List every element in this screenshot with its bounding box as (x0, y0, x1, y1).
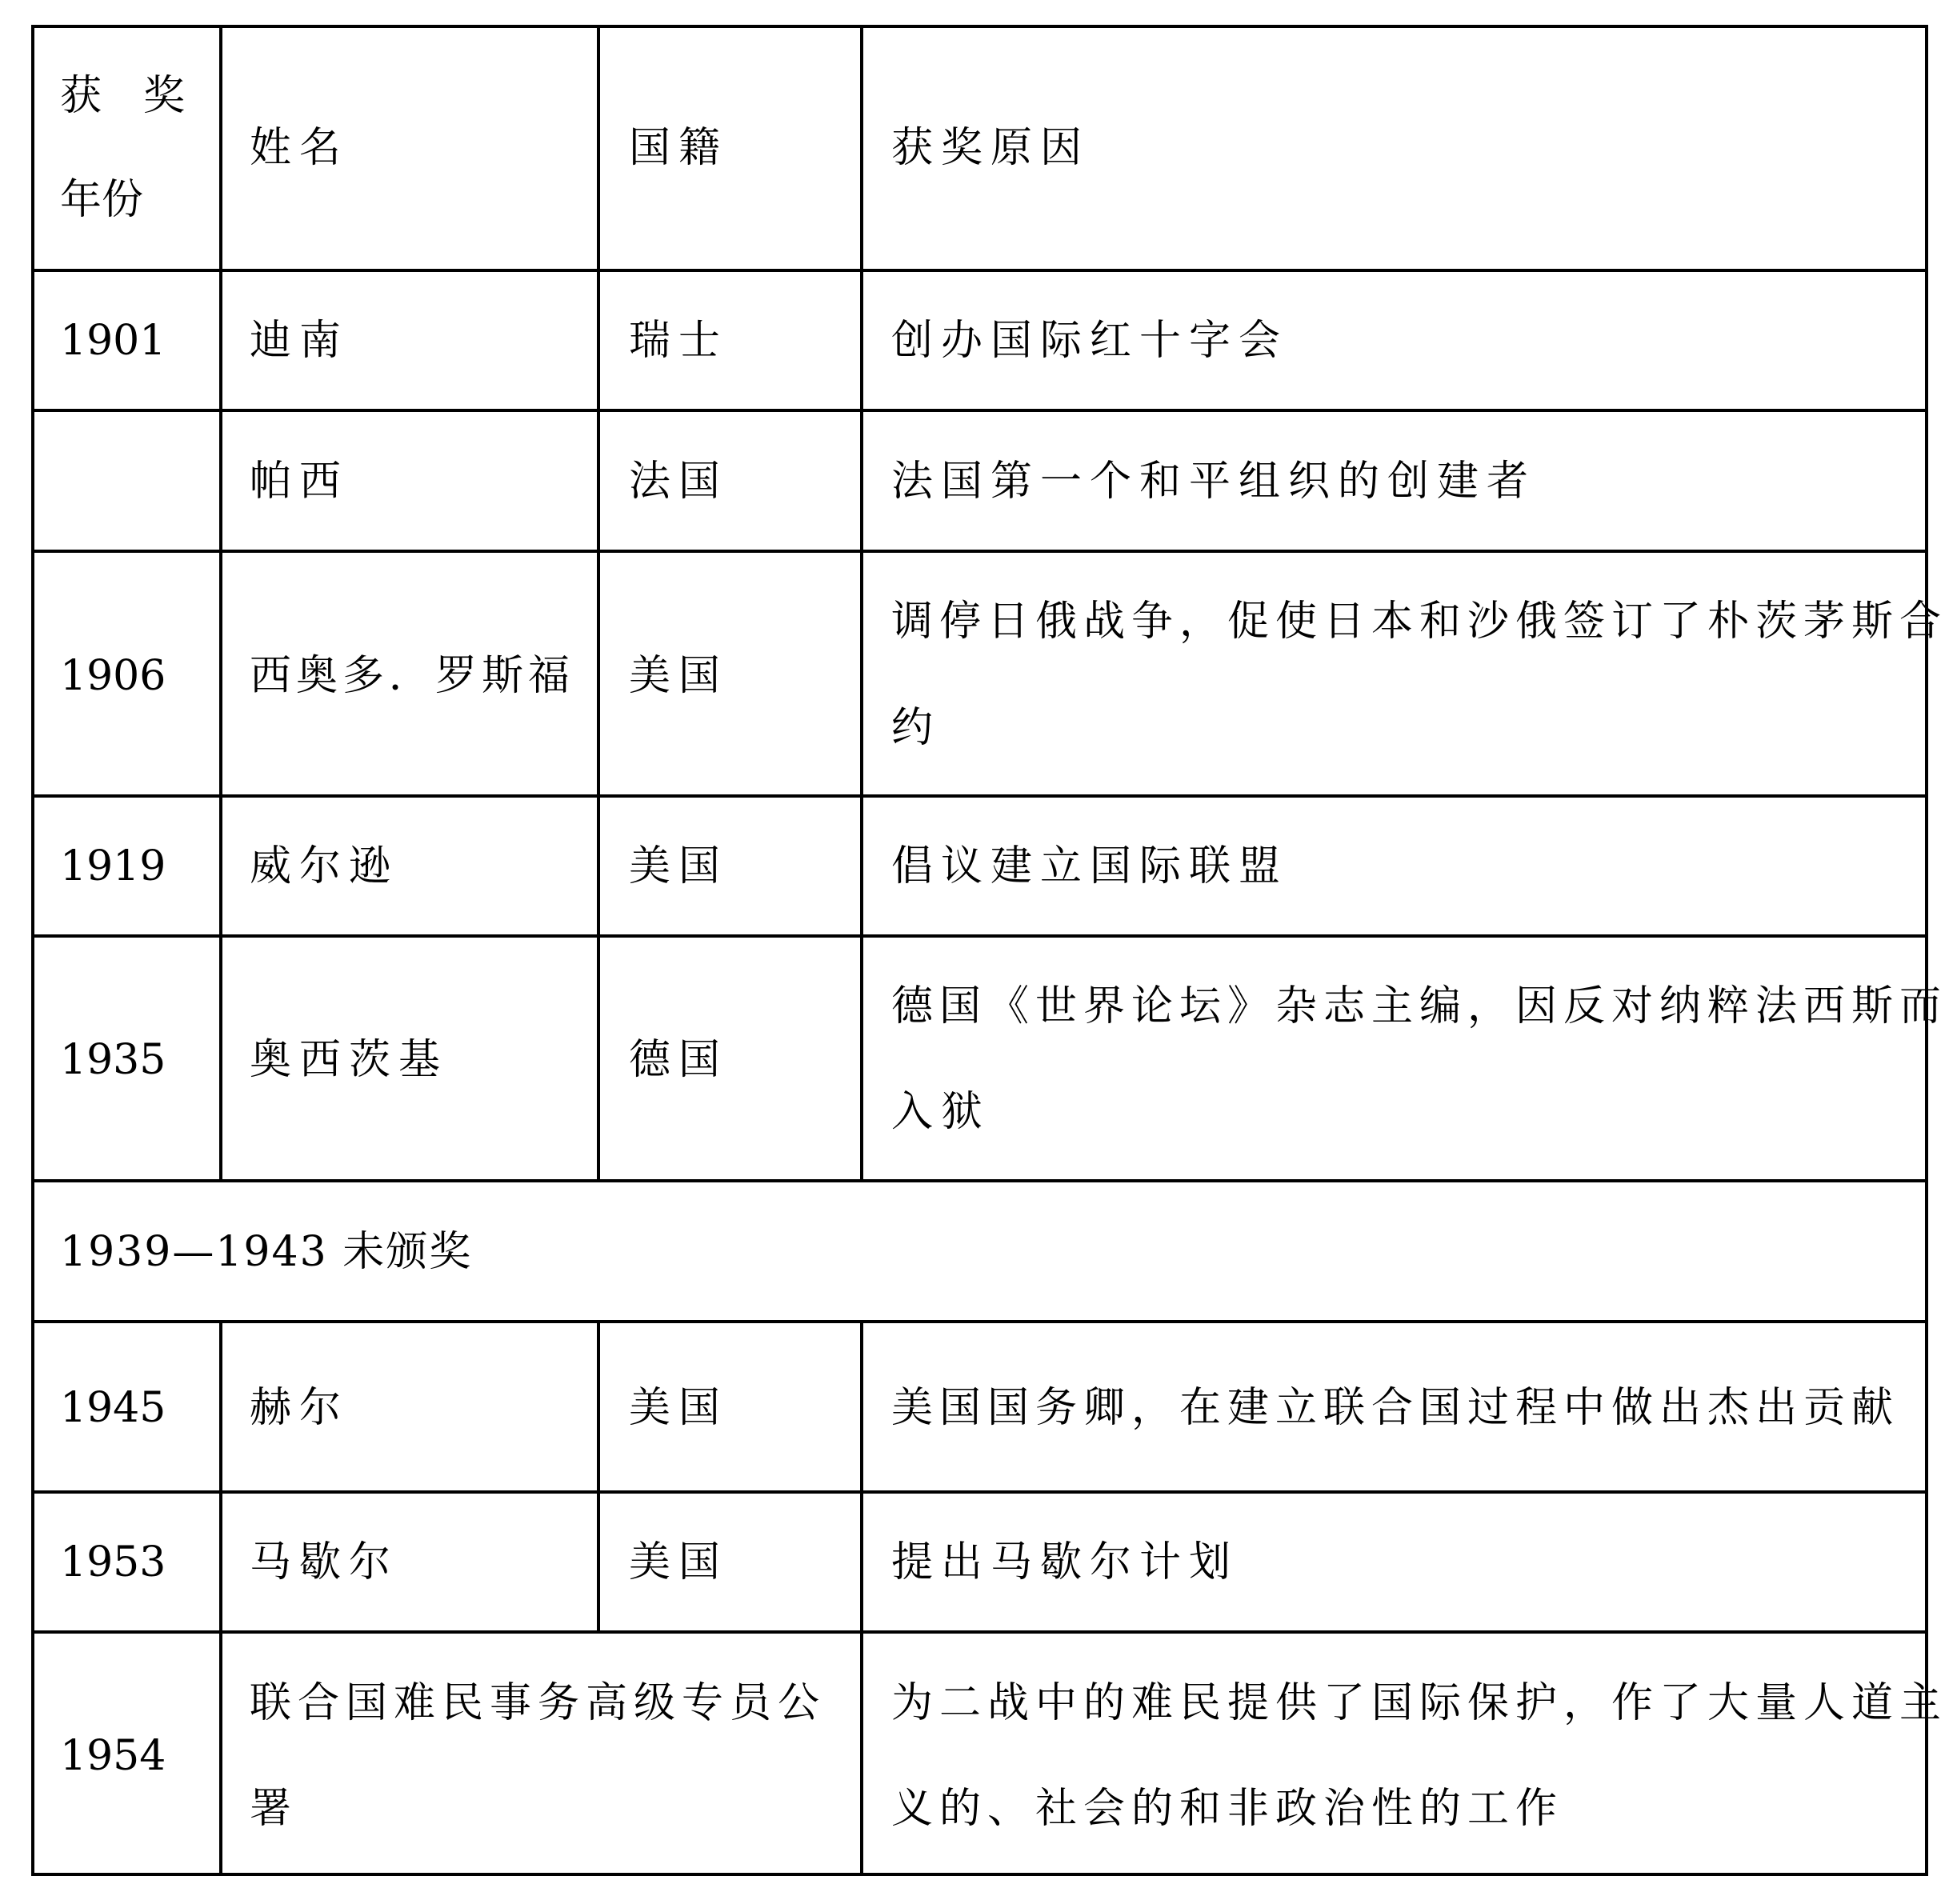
merged-no-award-note: 1939—1943 未颁奖 (60, 1200, 472, 1304)
cell-nationality: 美国 (629, 814, 728, 918)
cell-year: 1953 (60, 1510, 166, 1614)
cell-nationality: 美国 (629, 1356, 728, 1460)
cell-name: 马歇尔 (250, 1510, 398, 1614)
col-divider (219, 25, 222, 1181)
col-divider (219, 1320, 222, 1876)
cell-name-line1: 联合国难民事务高级专员公 (250, 1651, 826, 1755)
header-year-line1: 获 奖 (60, 44, 185, 148)
row-divider (31, 409, 1928, 412)
row-divider (31, 1490, 1928, 1494)
cell-nationality: 美国 (629, 624, 728, 728)
col-divider (597, 25, 600, 1181)
cell-name-line2: 署 (250, 1757, 299, 1861)
row-divider (31, 1320, 1928, 1323)
cell-year: 1954 (60, 1704, 166, 1808)
cell-year: 1901 (60, 289, 166, 393)
header-name: 姓名 (250, 96, 349, 200)
cell-reason-line2: 入狱 (891, 1060, 991, 1164)
header-year-line2: 年份 (60, 148, 143, 252)
cell-reason-line1: 调停日俄战争，促使日本和沙俄签订了朴茨茅斯合 (891, 570, 1947, 674)
cell-name: 迪南 (250, 289, 349, 393)
cell-nationality: 瑞士 (629, 289, 728, 393)
row-divider (31, 269, 1928, 272)
row-divider (31, 1630, 1928, 1634)
row-divider (31, 1179, 1928, 1182)
header-nationality: 国籍 (629, 96, 728, 200)
cell-reason: 美国国务卿，在建立联合国过程中做出杰出贡献 (891, 1356, 1899, 1460)
cell-year: 1945 (60, 1356, 166, 1460)
cell-reason: 提出马歇尔计划 (891, 1510, 1239, 1614)
cell-reason: 法国第一个和平组织的创建者 (891, 430, 1536, 534)
cell-name: 威尔逊 (250, 814, 398, 918)
cell-reason-line1: 为二战中的难民提供了国际保护，作了大量人道主 (891, 1651, 1947, 1755)
cell-nationality: 美国 (629, 1510, 728, 1614)
cell-reason: 倡议建立国际联盟 (891, 814, 1288, 918)
row-divider (31, 550, 1928, 553)
cell-name: 帕西 (250, 430, 349, 534)
row-divider (31, 934, 1928, 938)
cell-name: 西奥多．罗斯福 (250, 624, 574, 728)
cell-reason-line2: 义的、社会的和非政治性的工作 (891, 1757, 1563, 1861)
row-divider (31, 794, 1928, 798)
cell-name: 赫尔 (250, 1356, 349, 1460)
cell-year: 1919 (60, 814, 166, 918)
cell-reason-line2: 约 (891, 676, 941, 780)
cell-name: 奥西茨基 (250, 1008, 448, 1112)
col-divider (597, 1320, 600, 1632)
cell-reason-line1: 德国《世界论坛》杂志主编，因反对纳粹法西斯而 (891, 954, 1947, 1058)
col-divider (860, 1320, 863, 1876)
cell-nationality: 德国 (629, 1008, 728, 1112)
cell-nationality: 法国 (629, 430, 728, 534)
cell-year: 1935 (60, 1008, 166, 1112)
header-reason: 获奖原因 (891, 96, 1090, 200)
cell-reason: 创办国际红十字会 (891, 289, 1288, 393)
cell-year: 1906 (60, 624, 166, 728)
col-divider (860, 25, 863, 1181)
